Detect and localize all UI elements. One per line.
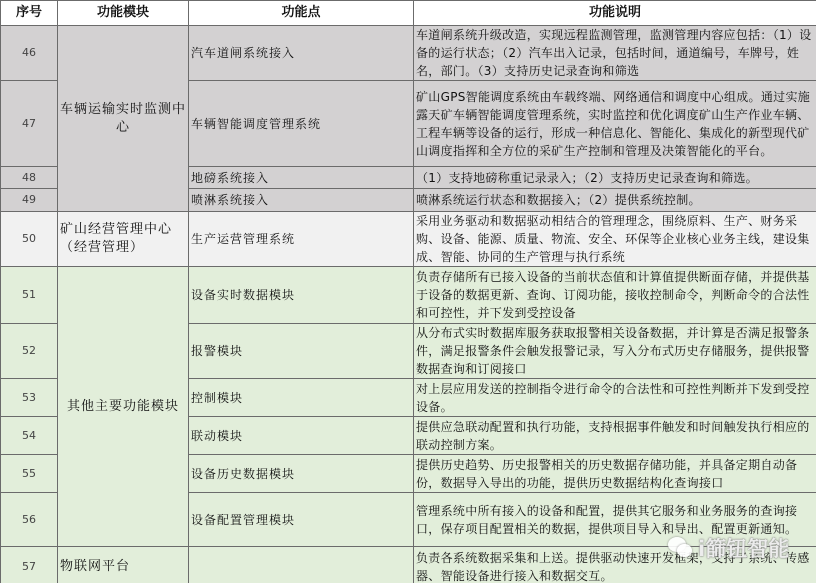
function-point: 报警模块	[189, 324, 414, 379]
function-point: 设备实时数据模块	[189, 267, 414, 324]
header-no: 序号	[1, 1, 58, 26]
function-point: 汽车道闸系统接入	[189, 26, 414, 81]
function-desc: 提供应急联动配置和执行功能，支持根据事件触发和时间触发执行相应的联动控制方案。	[414, 417, 816, 455]
function-point: 生产运营管理系统	[189, 212, 414, 267]
row-no: 51	[1, 267, 58, 324]
function-desc: （1）支持地磅称重记录录入；（2）支持历史记录查询和筛选。	[414, 167, 816, 189]
row-no: 50	[1, 212, 58, 267]
table-row: 50 矿山经营管理中心（经营管理） 生产运营管理系统 采用业务驱动和数据驱动相结…	[1, 212, 816, 267]
row-no: 47	[1, 81, 58, 167]
row-no: 52	[1, 324, 58, 379]
function-point: 喷淋系统接入	[189, 189, 414, 212]
function-point	[189, 547, 414, 583]
row-no: 53	[1, 379, 58, 417]
row-no: 49	[1, 189, 58, 212]
function-desc: 矿山GPS智能调度系统由车载终端、网络通信和调度中心组成。通过实施露天矿车辆智能…	[414, 81, 816, 167]
function-desc: 负责存储所有已接入设备的当前状态值和计算值提供断面存储，并提供基于设备的数据更新…	[414, 267, 816, 324]
module-cell: 矿山经营管理中心（经营管理）	[58, 212, 189, 267]
table-row: 46 车辆运输实时监测中心 汽车道闸系统接入 车道闸系统升级改造，实现远程监测管…	[1, 26, 816, 81]
function-point: 联动模块	[189, 417, 414, 455]
row-no: 54	[1, 417, 58, 455]
row-no: 56	[1, 493, 58, 547]
function-desc: 采用业务驱动和数据驱动相结合的管理理念，围绕原料、生产、财务采购、设备、能源、质…	[414, 212, 816, 267]
row-no: 55	[1, 455, 58, 493]
row-no: 46	[1, 26, 58, 81]
header-module: 功能模块	[58, 1, 189, 26]
function-point: 设备历史数据模块	[189, 455, 414, 493]
module-cell: 其他主要功能模块	[58, 267, 189, 547]
function-desc: 提供历史趋势、历史报警相关的历史数据存储功能，并具备定期自动备份，数据导入导出的…	[414, 455, 816, 493]
table-row: 57 物联网平台 负责各系统数据采集和上送。提供驱动快速开发框架，支持子系统、传…	[1, 547, 816, 583]
function-desc: 管理系统中所有接入的设备和配置，提供其它服务和业务服务的查询接口，保存项目配置相…	[414, 493, 816, 547]
function-point: 控制模块	[189, 379, 414, 417]
function-desc: 负责各系统数据采集和上送。提供驱动快速开发框架，支持子系统、传感器、智能设备进行…	[414, 547, 816, 583]
module-cell: 物联网平台	[58, 547, 189, 583]
function-point: 车辆智能调度管理系统	[189, 81, 414, 167]
function-desc: 车道闸系统升级改造，实现远程监测管理，监测管理内容应包括：（1）设备的运行状态；…	[414, 26, 816, 81]
table-row: 51 其他主要功能模块 设备实时数据模块 负责存储所有已接入设备的当前状态值和计…	[1, 267, 816, 324]
function-desc: 对上层应用发送的控制指令进行命令的合法性和可控性判断并下发到受控设备。	[414, 379, 816, 417]
header-point: 功能点	[189, 1, 414, 26]
function-desc: 从分布式实时数据库服务获取报警相关设备数据，并计算是否满足报警条件，满足报警条件…	[414, 324, 816, 379]
row-no: 48	[1, 167, 58, 189]
function-point: 设备配置管理模块	[189, 493, 414, 547]
header-desc: 功能说明	[414, 1, 816, 26]
module-cell: 车辆运输实时监测中心	[58, 26, 189, 212]
row-no: 57	[1, 547, 58, 583]
function-point: 地磅系统接入	[189, 167, 414, 189]
function-table: 序号 功能模块 功能点 功能说明 46 车辆运输实时监测中心 汽车道闸系统接入 …	[0, 0, 816, 583]
function-desc: 喷淋系统运行状态和数据接入；（2）提供系统控制。	[414, 189, 816, 212]
header-row: 序号 功能模块 功能点 功能说明	[1, 1, 816, 26]
